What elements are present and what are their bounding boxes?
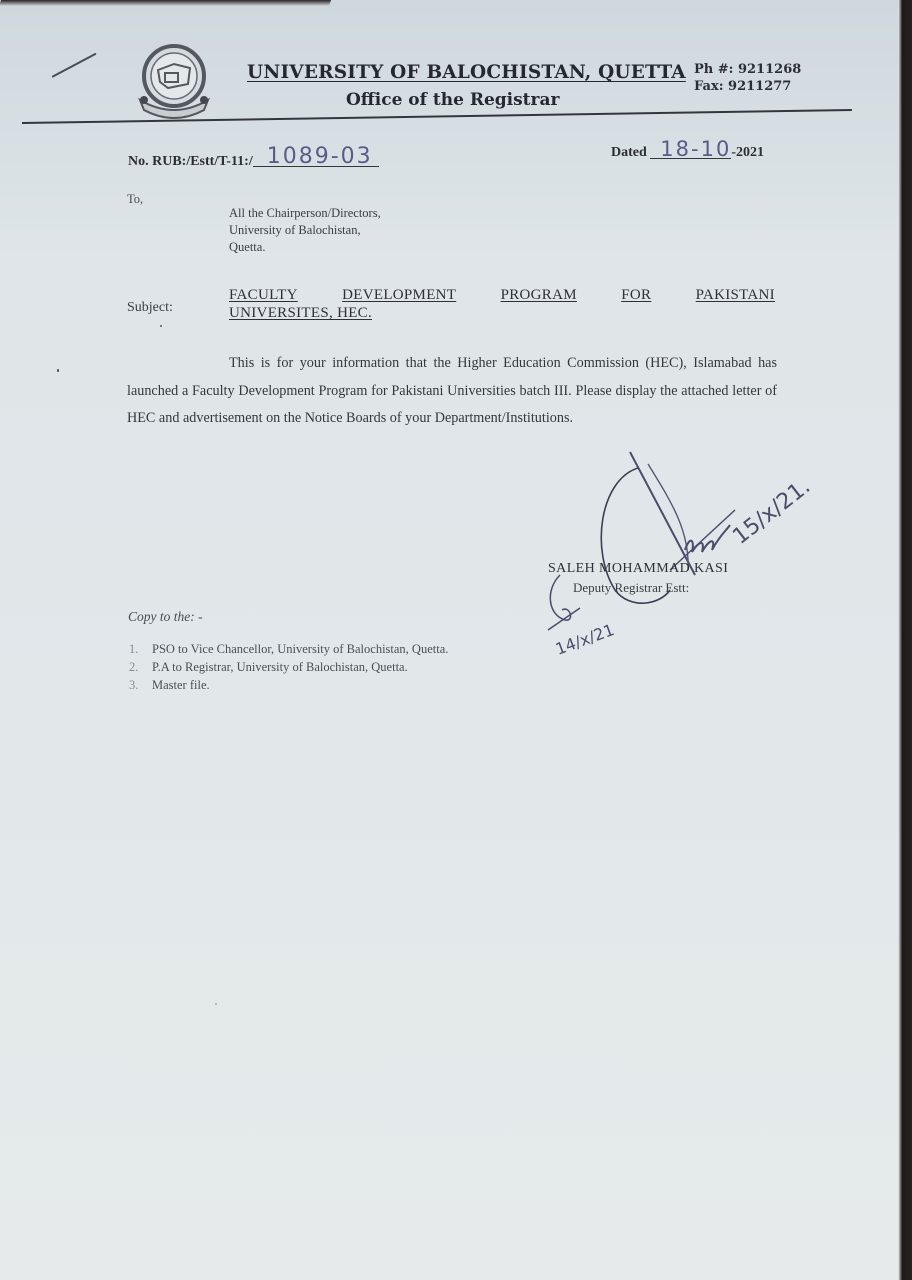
phone-number: Ph #: 9211268 [694,62,801,77]
initial-date: 14/x/21 [553,620,617,659]
background-edge [898,0,912,1280]
recipient-address: All the Chairperson/Directors, Universit… [229,205,381,256]
address-line: All the Chairperson/Directors, [229,205,381,222]
office-title: Office of the Registrar [346,90,559,110]
reference-handwritten-number: 1089-03 [253,148,379,167]
date-handwritten: 18-10 [650,140,731,159]
list-item: 1.PSO to Vice Chancellor, University of … [129,640,448,658]
letter-date: Dated 18-10-2021 [611,140,764,161]
subject-word: PROGRAM [501,286,577,304]
paper-speck [215,1003,217,1005]
letter-page: UNIVERSITY OF BALOCHISTAN, QUETTA Office… [0,0,898,1280]
stray-dot [160,325,162,327]
signer-name: SALEH MOHAMMAD KASI [548,561,728,577]
pen-tick-mark [52,53,97,78]
date-label: Dated [611,145,647,160]
list-item: 2.P.A to Registrar, University of Baloch… [129,658,448,676]
date-year: -2021 [731,145,764,160]
subject-word: FOR [621,286,651,304]
body-paragraph: This is for your information that the Hi… [127,350,777,433]
subject-word: FACULTY [229,286,298,304]
reference-number: No. RUB:/Estt/T-11:/1089-03 [128,150,379,170]
subject-text: FACULTY DEVELOPMENT PROGRAM FOR PAKISTAN… [229,286,775,322]
subject-line-2: UNIVERSITES, HEC. [229,304,775,322]
institution-name: UNIVERSITY OF BALOCHISTAN, QUETTA [247,62,686,83]
university-crest-icon [134,40,214,120]
signer-title: Deputy Registrar Estt: [573,580,689,596]
subject-label: Subject: [127,300,173,316]
signature-date: 15/x/21. [728,474,815,550]
address-line: Quetta. [229,239,381,256]
copy-to-list: 1.PSO to Vice Chancellor, University of … [129,640,448,694]
address-line: University of Balochistan, [229,222,381,239]
copy-to-label: Copy to the: - [128,609,203,625]
signature-scribble-icon: 15/x/21. 14/x/21 [520,440,860,670]
reference-prefix: No. RUB:/Estt/T-11:/ [128,154,253,169]
subject-word: DEVELOPMENT [342,286,456,304]
to-label: To, [127,192,143,207]
stray-dot [57,369,59,372]
photo-shadow [0,0,331,6]
fax-number: Fax: 9211277 [694,79,791,94]
subject-line-1: FACULTY DEVELOPMENT PROGRAM FOR PAKISTAN… [229,286,775,304]
list-item: 3.Master file. [129,676,448,694]
subject-word: PAKISTANI [696,286,775,304]
